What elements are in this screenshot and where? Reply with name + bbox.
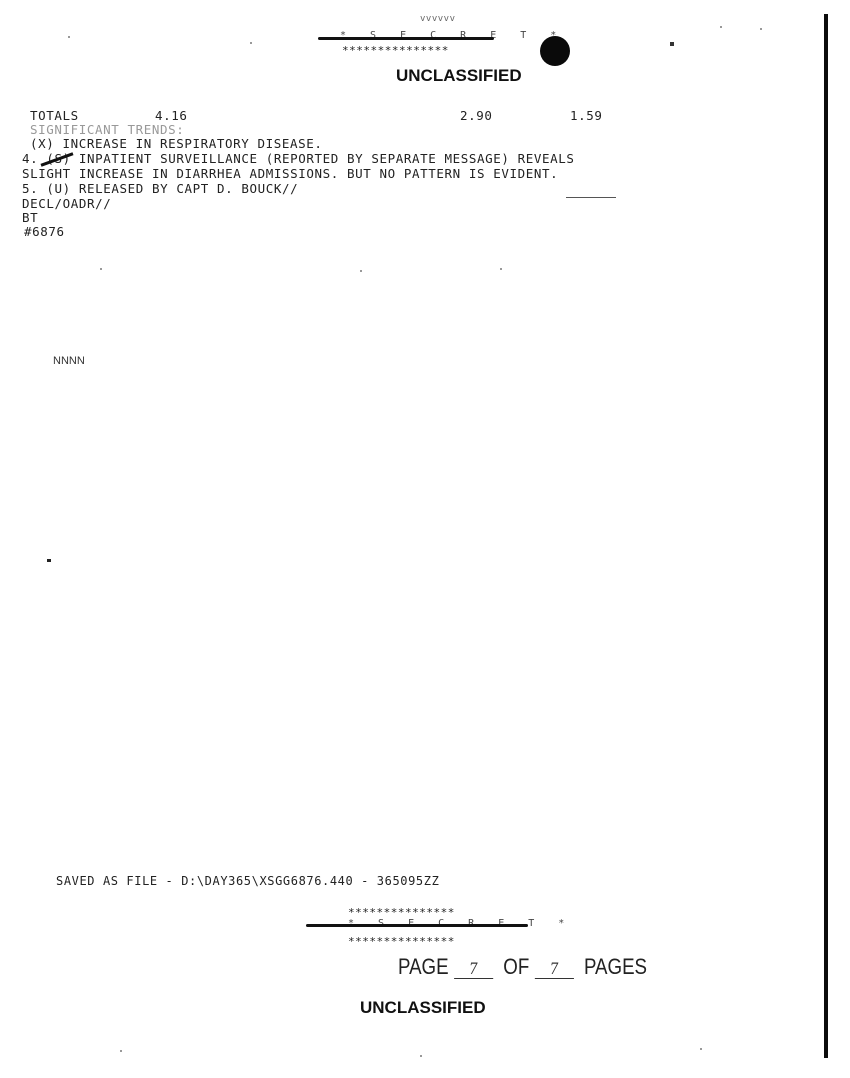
- speck: [47, 559, 51, 562]
- header-stars: ***************: [342, 44, 449, 57]
- page-number: 7: [454, 959, 493, 979]
- total-pages: 7: [534, 959, 573, 979]
- header-classification-banner: UNCLASSIFIED: [396, 66, 522, 86]
- end-of-message-marker: NNNN: [53, 355, 85, 367]
- scan-noise: [720, 26, 722, 28]
- scan-noise: [500, 268, 502, 270]
- of-label: OF: [503, 954, 529, 979]
- message-line-4: 5. (U) RELEASED BY CAPT D. BOUCK//: [22, 181, 298, 196]
- page-label: PAGE: [398, 954, 449, 979]
- pages-label: PAGES: [584, 954, 647, 979]
- totals-label: TOTALS: [30, 108, 79, 123]
- totals-value-1: 4.16: [155, 108, 188, 123]
- scan-noise: [68, 36, 70, 38]
- scan-noise: [100, 268, 102, 270]
- header-marks: vvvvvv: [420, 14, 456, 24]
- message-line-7: #6876: [24, 224, 65, 239]
- underline-mark: [566, 197, 616, 198]
- totals-value-3: 1.59: [570, 108, 603, 123]
- header-strike-line: [318, 37, 494, 40]
- scan-noise: [250, 42, 252, 44]
- scan-noise: [360, 270, 362, 272]
- footer-stars-bottom: ***************: [348, 935, 455, 948]
- scan-noise: [120, 1050, 122, 1052]
- message-line-5: DECL/OADR//: [22, 196, 111, 211]
- scan-noise: [700, 1048, 702, 1050]
- totals-value-2: 2.90: [460, 108, 493, 123]
- margin-rule: [824, 14, 828, 1058]
- page-count-line: PAGE 7 OF 7 PAGES: [398, 954, 647, 980]
- message-line-1: (X) INCREASE IN RESPIRATORY DISEASE.: [30, 136, 323, 151]
- footer-strike-line: [306, 924, 528, 927]
- scan-noise: [420, 1055, 422, 1057]
- message-line-2: 4. (S) INPATIENT SURVEILLANCE (REPORTED …: [22, 151, 575, 166]
- scan-noise: [760, 28, 762, 30]
- message-line-6: BT: [22, 210, 38, 225]
- saved-as-file-line: SAVED AS FILE - D:\DAY365\XSGG6876.440 -…: [56, 874, 439, 888]
- footer-classification-banner: UNCLASSIFIED: [360, 998, 486, 1018]
- significant-trends-heading: SIGNIFICANT TRENDS:: [30, 122, 184, 137]
- message-line-3: SLIGHT INCREASE IN DIARRHEA ADMISSIONS. …: [22, 166, 558, 181]
- scan-noise: [670, 42, 674, 46]
